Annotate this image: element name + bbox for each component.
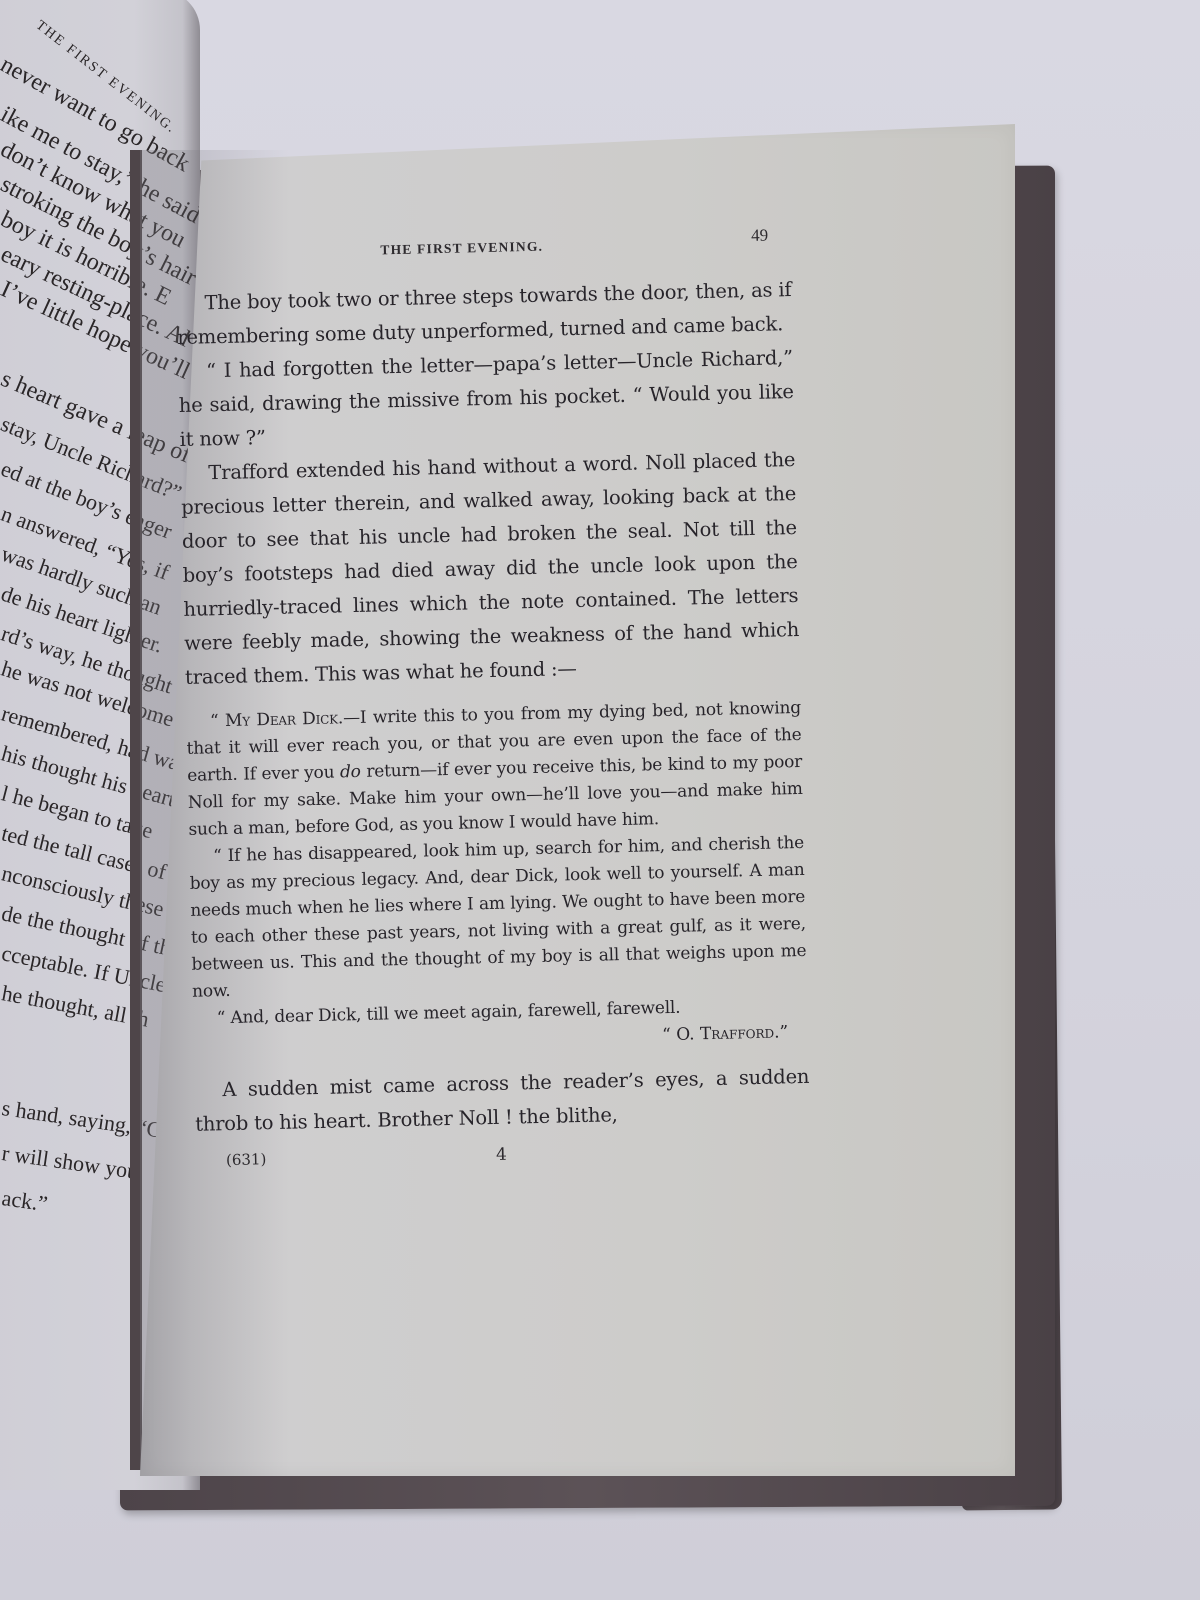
left-page-line: r will show you: [0, 1140, 140, 1185]
right-page-text: THE FIRST EVENING. 49 The boy took two o…: [175, 221, 811, 1182]
paragraph: Trafford extended his hand without a wor…: [180, 443, 800, 695]
letter-salutation: “ My Dear Dick.: [210, 708, 343, 731]
left-page-line: ack.”: [0, 1185, 49, 1217]
left-page-edge: [130, 150, 142, 1470]
letter-paragraph: “ If he has disappeared, look him up, se…: [189, 830, 808, 1006]
chapter-title: THE FIRST EVENING.: [380, 239, 543, 259]
paragraph: A sudden mist came across the reader’s e…: [194, 1060, 810, 1142]
letter-emphasis: do: [340, 762, 361, 782]
letter-paragraph: “ My Dear Dick.—I write this to you from…: [186, 695, 804, 844]
book-photo: THE FIRST EVENING. never want to go back…: [0, 0, 1200, 1600]
page-number: 49: [751, 226, 768, 246]
printer-code: (631): [226, 1150, 267, 1169]
paragraph: “ I had forgotten the letter—papa’s lett…: [178, 341, 795, 457]
quoted-letter: “ My Dear Dick.—I write this to you from…: [186, 695, 809, 1060]
signature-mark: 4: [496, 1145, 507, 1165]
